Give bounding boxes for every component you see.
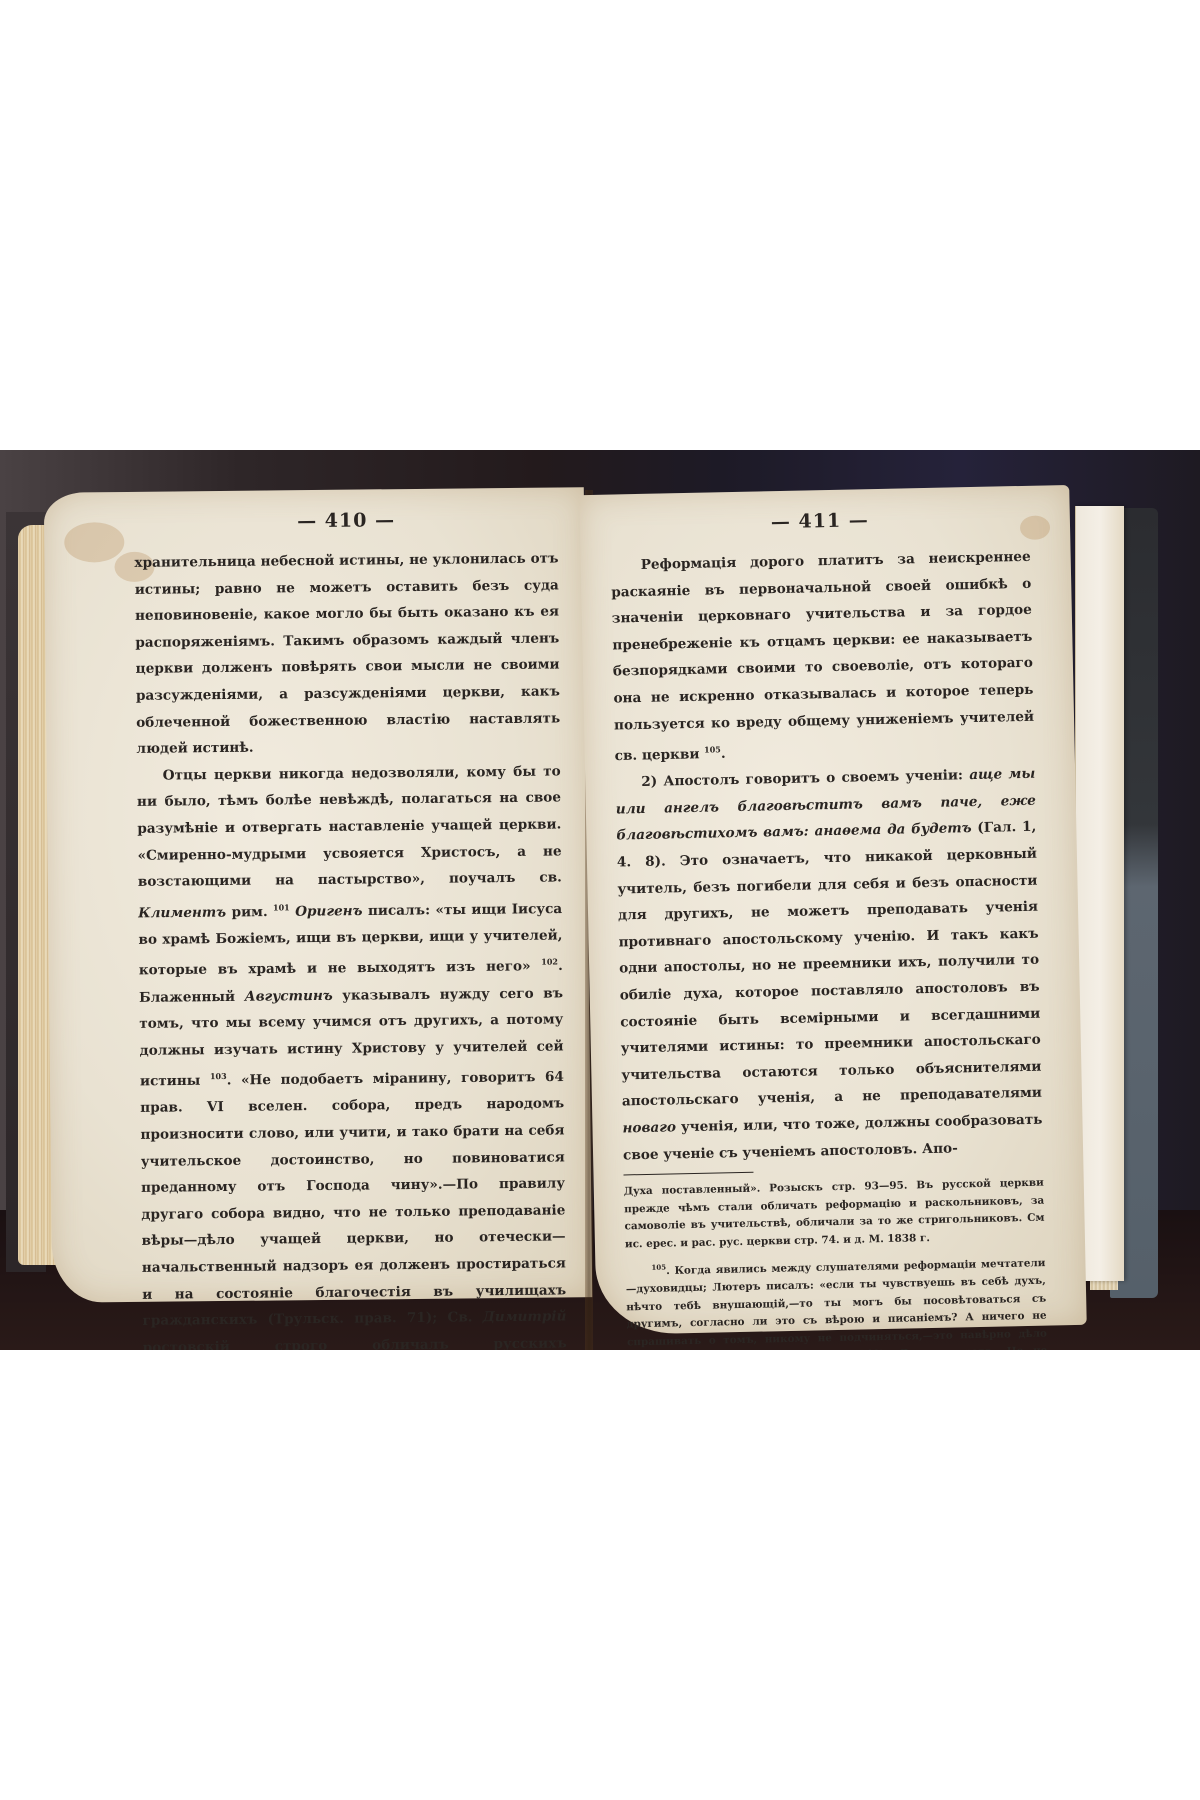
paragraph: хранительница небесной истины, не уклони… <box>134 545 560 762</box>
paper-stain <box>64 522 124 563</box>
left-page: — 410 — хранительница небесной истины, н… <box>44 487 592 1303</box>
left-page-body: хранительница небесной истины, не уклони… <box>134 545 567 1350</box>
text-run: (Гал. 1, 4. 8). Это означаетъ, что никак… <box>617 819 1042 1110</box>
page-number: — 410 — <box>134 507 558 533</box>
right-page-content: — 411 — Реформація дорого платитъ за неи… <box>609 486 1050 1350</box>
footnote-ref[interactable]: 101 <box>273 902 290 912</box>
footnotes: Духа поставленный». Розыскъ стр. 93—95. … <box>624 1175 1051 1350</box>
page-number: — 411 — <box>610 506 1030 537</box>
footnote-ref[interactable]: 105 <box>704 744 721 754</box>
footnote-divider <box>623 1172 753 1176</box>
right-page: — 411 — Реформація дорого платитъ за неи… <box>579 485 1086 1335</box>
text-run: Реформація дорого платитъ за неискреннее… <box>611 549 1034 764</box>
book-photo: — 410 — хранительница небесной истины, н… <box>0 450 1200 1350</box>
text-run: рим. <box>226 904 273 920</box>
footnote: 105. Когда явились между слушателями реф… <box>625 1251 1050 1350</box>
paragraph: Отцы церкви никогда недозволяли, кому бы… <box>137 758 568 1350</box>
name-clement: Климентъ <box>138 904 226 921</box>
paragraph-text: Отцы церкви никогда недозволяли, кому бы… <box>137 763 562 890</box>
text-run: . <box>721 746 726 762</box>
name-dimitry: Димитрій <box>483 1309 567 1326</box>
paragraph: 2) Апостолъ говоритъ о своемъ ученіи: ащ… <box>615 761 1043 1169</box>
right-page-body: Реформація дорого платитъ за неискреннее… <box>610 544 1043 1169</box>
text-run: . «Не подобаетъ міранину, говоритъ 64 пр… <box>140 1069 566 1329</box>
text-run: ростовскій строго обличалъ русскихъ раск… <box>143 1335 567 1350</box>
footnote-text: . Когда явились между слушателями реформ… <box>626 1257 1050 1350</box>
footnote-continuation: Духа поставленный». Розыскъ стр. 93—95. … <box>624 1175 1045 1254</box>
name-augustine: Августинъ <box>245 987 333 1004</box>
footnote-ref[interactable]: 102 <box>541 957 558 967</box>
text-run: ученія, или, что тоже, должны сообразова… <box>623 1112 1043 1163</box>
name-origen: Оригенъ <box>295 903 362 920</box>
paragraph: Реформація дорого платитъ за неискреннее… <box>610 544 1034 770</box>
emphasis-novago: новаго <box>622 1119 676 1136</box>
footnote-number: 105 <box>651 1263 666 1272</box>
footnote-ref[interactable]: 103 <box>210 1071 227 1081</box>
text-run: 2) Апостолъ говоритъ о своемъ ученіи: <box>641 767 969 790</box>
left-page-content: — 410 — хранительница небесной истины, н… <box>134 487 570 1350</box>
